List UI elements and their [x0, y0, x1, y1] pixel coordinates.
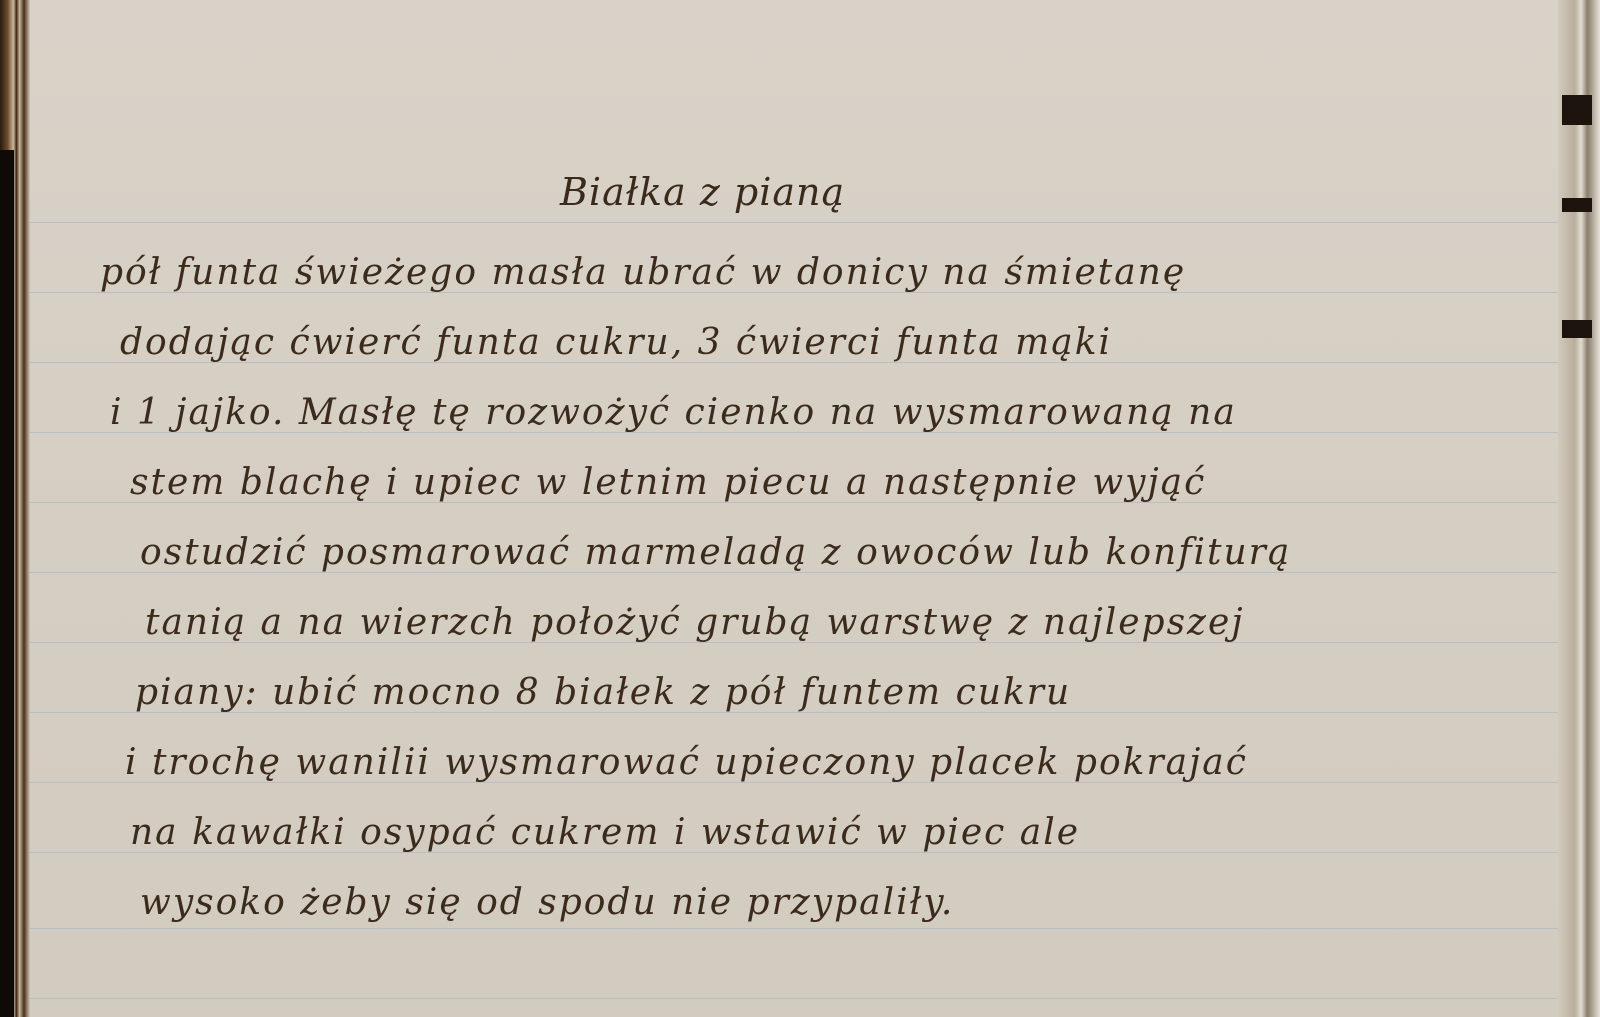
- page-tab-gap: [1562, 95, 1592, 125]
- page-tab-gap: [1562, 320, 1592, 338]
- ruled-line: [30, 222, 1558, 223]
- notebook-page: Białka z pianą pół funta świeżego masła …: [0, 0, 1600, 1017]
- ruled-line: [30, 998, 1558, 999]
- recipe-title: Białka z pianą: [560, 170, 845, 214]
- recipe-text-line: i 1 jajko. Masłę tę rozwożyć cienko na w…: [110, 392, 1520, 433]
- page-right-edge: [1558, 0, 1600, 1017]
- recipe-text-line: wysoko żeby się od spodu nie przypaliły.: [140, 882, 1520, 923]
- recipe-text-line: pół funta świeżego masła ubrać w donicy …: [100, 252, 1520, 293]
- recipe-text-line: tanią a na wierzch położyć grubą warstwę…: [145, 602, 1520, 643]
- recipe-text-line: piany: ubić mocno 8 białek z pół funtem …: [135, 672, 1520, 713]
- ruled-line: [30, 928, 1558, 929]
- recipe-text-line: i trochę wanilii wysmarować upieczony pl…: [125, 742, 1520, 783]
- spine-shadow: [0, 150, 14, 1017]
- recipe-text-line: na kawałki osypać cukrem i wstawić w pie…: [130, 812, 1520, 853]
- page-tab-gap: [1562, 198, 1592, 212]
- recipe-text-line: dodając ćwierć funta cukru, 3 ćwierci fu…: [120, 322, 1520, 363]
- recipe-text-line: ostudzić posmarować marmeladą z owoców l…: [140, 532, 1520, 573]
- recipe-text-line: stem blachę i upiec w letnim piecu a nas…: [130, 462, 1520, 503]
